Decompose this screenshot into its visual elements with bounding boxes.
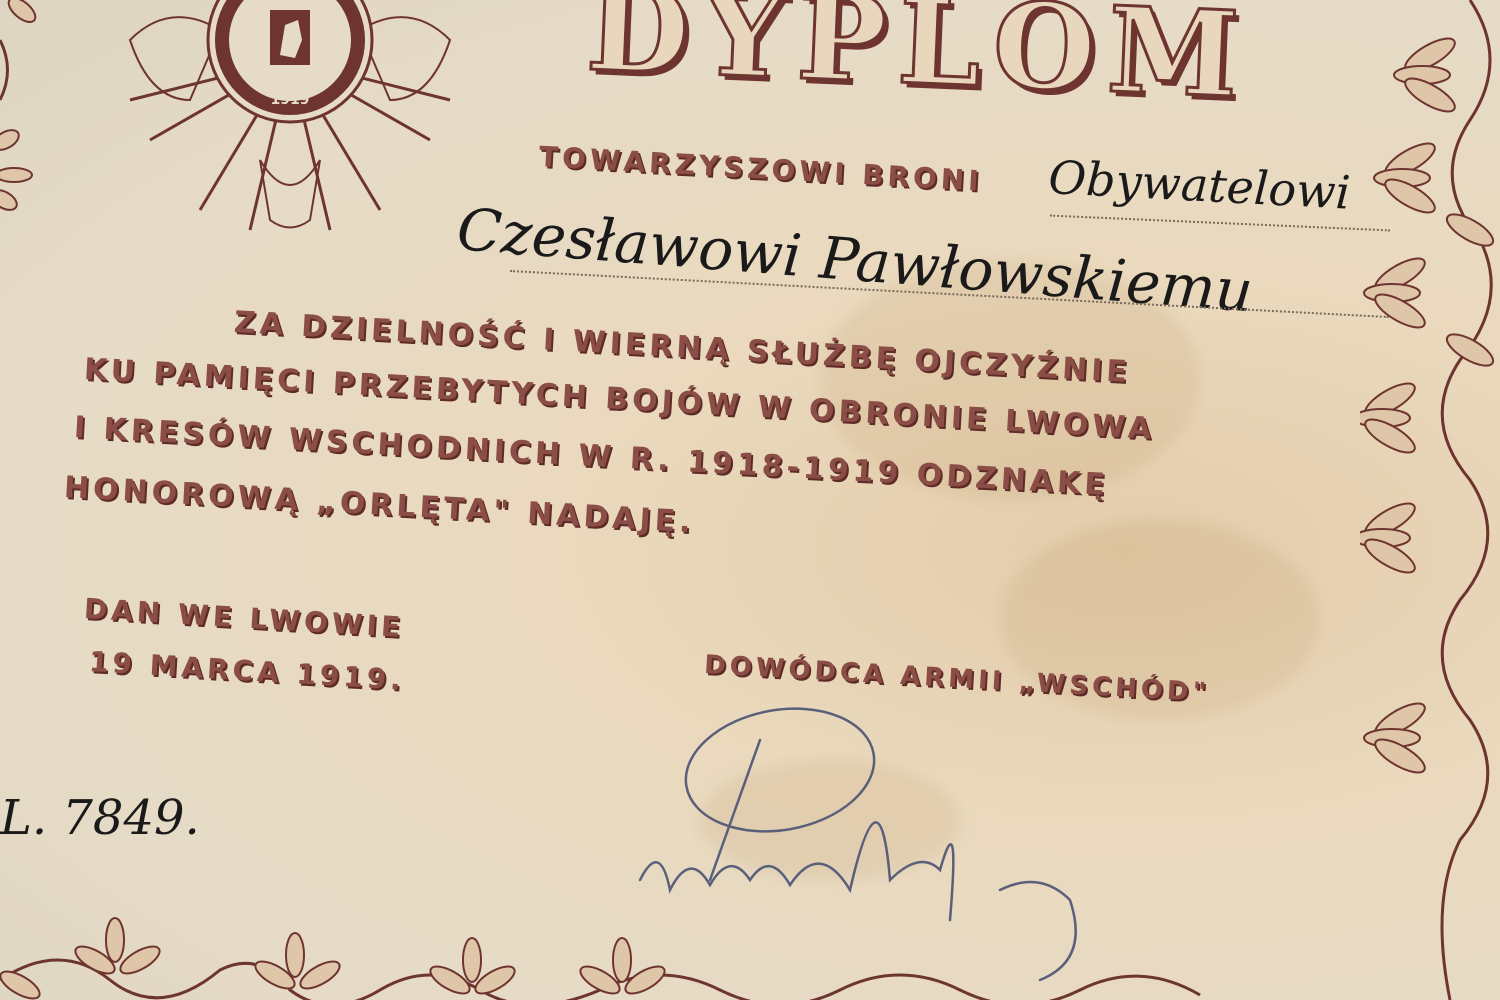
serial-number: L. 7849.	[0, 790, 200, 846]
date-line: 19 MARCA 1919.	[88, 645, 406, 697]
emblem-year: 1919	[271, 92, 310, 108]
orleta-badge-emblem-icon: 1919	[110, 0, 470, 240]
vine-border-right-icon	[1360, 0, 1500, 1000]
recipient-label: TOWARZYSZOWI BRONI	[538, 140, 983, 198]
vine-border-bottom-icon	[0, 900, 1400, 1000]
recipient-handwritten-line1: Obywatelowi	[1047, 150, 1352, 220]
body-line-4: HONOROWĄ „ORLĘTA" NADAJĘ.	[63, 470, 695, 540]
vine-border-left-icon	[0, 0, 40, 260]
recipient-handwritten-line2: Czesławowi Pawłowskiemu	[455, 195, 1256, 325]
place-line: DAN WE LWOWIE	[83, 592, 405, 644]
document-title: DYPLOM	[584, 0, 1253, 125]
